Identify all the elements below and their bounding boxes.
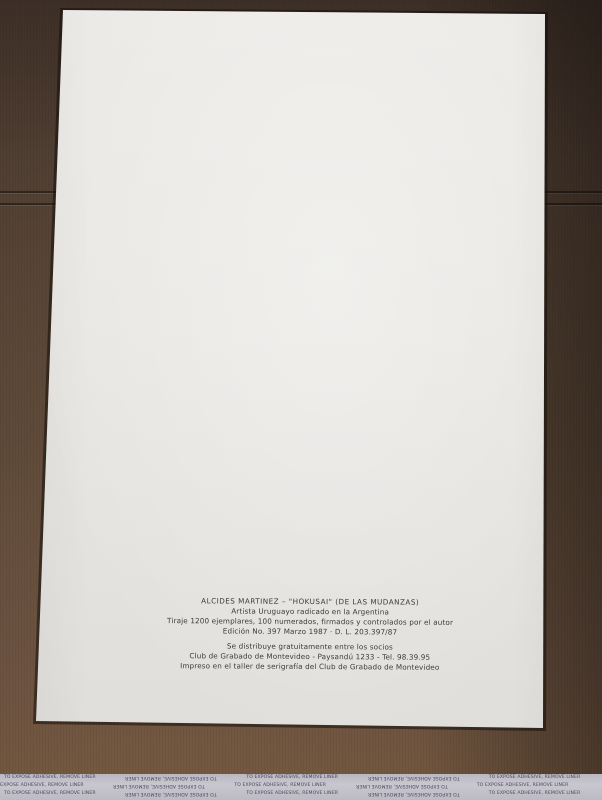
tape-text: TO EXPOSE ADHESIVE, REMOVE LINER (368, 791, 460, 796)
tape-text: TO EXPOSE ADHESIVE, REMOVE LINER (489, 775, 581, 780)
tape-text: TO EXPOSE ADHESIVE, REMOVE LINER (0, 783, 84, 788)
tape-text: TO EXPOSE ADHESIVE, REMOVE LINER (125, 791, 217, 796)
tape-text: TO EXPOSE ADHESIVE, REMOVE LINER (477, 783, 569, 788)
card-lighting (0, 0, 602, 800)
tape-text: TO EXPOSE ADHESIVE, REMOVE LINER (368, 775, 460, 780)
printer-note: Impreso en el taller de serigrafía del C… (140, 661, 480, 673)
tape-text: TO EXPOSE ADHESIVE, REMOVE LINER (246, 791, 338, 796)
colophon-text-block: ALCIDES MARTINEZ – "HOKUSAI" (DE LAS MUD… (140, 596, 480, 673)
tape-text-row: TO EXPOSE ADHESIVE, REMOVE LINER TO EXPO… (4, 775, 602, 780)
tape-text-row: TO EXPOSE ADHESIVE, REMOVE LINER TO EXPO… (4, 791, 602, 796)
tape-text: TO EXPOSE ADHESIVE, REMOVE LINER (356, 783, 448, 788)
tape-text: TO EXPOSE ADHESIVE, REMOVE LINER (4, 791, 96, 796)
tape-text: TO EXPOSE ADHESIVE, REMOVE LINER (234, 783, 326, 788)
tape-text: TO EXPOSE ADHESIVE, REMOVE LINER (113, 783, 205, 788)
tape-text: TO EXPOSE ADHESIVE, REMOVE LINER (125, 775, 217, 780)
tape-text-row: TO EXPOSE ADHESIVE, REMOVE LINER TO EXPO… (0, 783, 596, 788)
adhesive-tape-liner: TO EXPOSE ADHESIVE, REMOVE LINER TO EXPO… (0, 774, 602, 800)
tape-text: TO EXPOSE ADHESIVE, REMOVE LINER (246, 775, 338, 780)
tape-text: TO EXPOSE ADHESIVE, REMOVE LINER (4, 775, 96, 780)
tape-text: TO EXPOSE ADHESIVE, REMOVE LINER (489, 791, 581, 796)
